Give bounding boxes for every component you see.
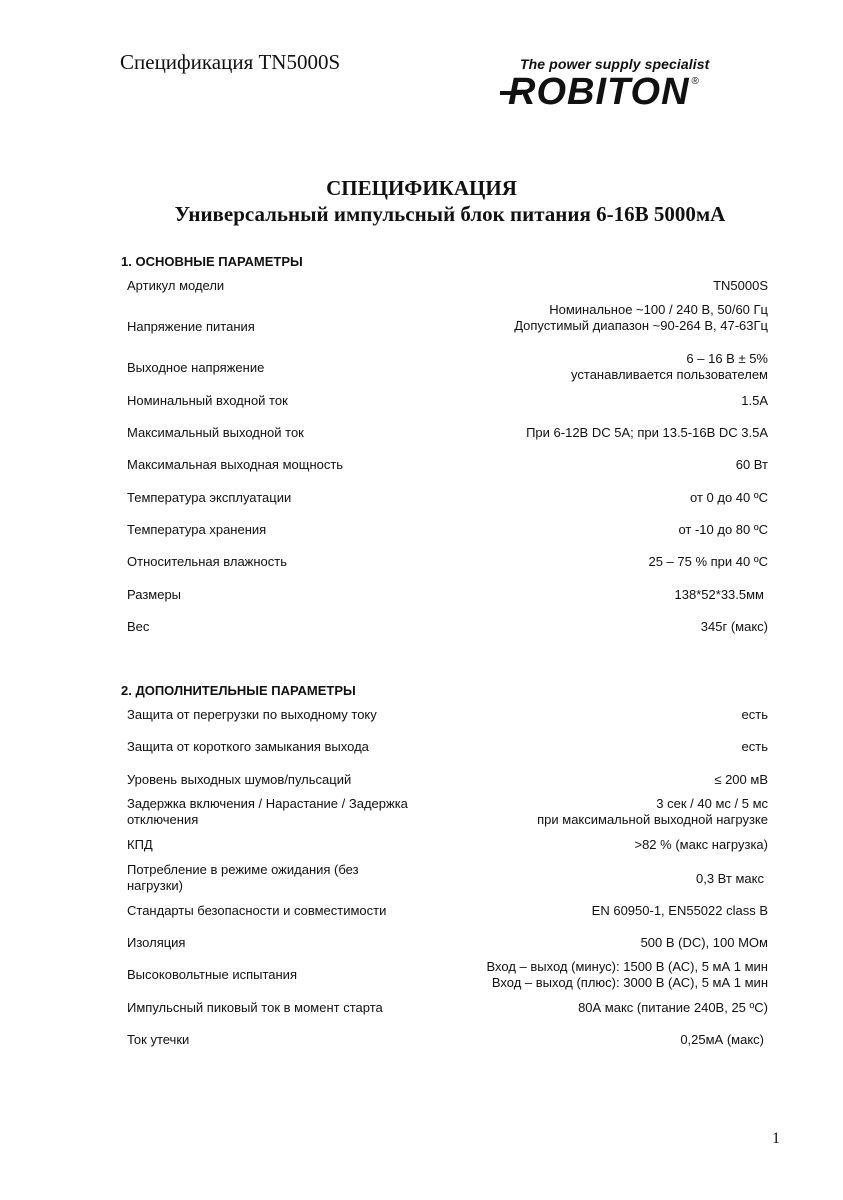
spec-label: Вес [127,619,457,635]
spec-value: Вход – выход (минус): 1500 В (АС), 5 мА … [487,959,768,991]
spec-value-line: 60 Вт [736,457,768,473]
spec-value: ≤ 200 мВ [714,772,768,788]
brand-name: ROBITON [500,72,690,112]
spec-value-line: Вход – выход (плюс): 3000 В (АС), 5 мА 1… [487,975,768,991]
spec-value: 80А макс (питание 240В, 25 ºС) [578,1000,768,1016]
document-page: Спецификация TN5000S The power supply sp… [0,0,843,1200]
spec-value: 60 Вт [736,457,768,473]
page-number: 1 [772,1130,780,1148]
spec-value-line: есть [742,739,768,755]
registered-mark-icon: ® [692,76,699,87]
spec-value: 1.5А [741,393,768,409]
spec-label: Импульсный пиковый ток в момент старта [127,1000,527,1016]
spec-value-line: 80А макс (питание 240В, 25 ºС) [578,1000,768,1016]
spec-value: есть [742,707,768,723]
spec-label: Ток утечки [127,1032,457,1048]
spec-value: EN 60950-1, EN55022 class B [592,903,768,919]
spec-value: 3 сек / 40 мс / 5 мс при максимальной вы… [537,796,768,828]
spec-value-line: 0,25мА (макс) [680,1032,764,1048]
spec-label: Температура хранения [127,522,457,538]
spec-label: Максимальная выходная мощность [127,457,457,473]
spec-label: Защита от перегрузки по выходному току [127,707,527,723]
spec-value-line: 345г (макс) [701,619,768,635]
spec-label: Номинальный входной ток [127,393,457,409]
spec-value: от 0 до 40 ºС [690,490,768,506]
spec-value: 345г (макс) [701,619,768,635]
spec-value-line: 500 В (DC), 100 МОм [641,935,768,951]
spec-value-line: При 6-12В DC 5А; при 13.5-16В DC 3.5А [526,425,768,441]
spec-value-line: Вход – выход (минус): 1500 В (АС), 5 мА … [487,959,768,975]
spec-label: Изоляция [127,935,457,951]
section-heading-basic: 1. ОСНОВНЫЕ ПАРАМЕТРЫ [121,254,303,269]
spec-label: Относительная влажность [127,554,457,570]
spec-value-line: EN 60950-1, EN55022 class B [592,903,768,919]
spec-value: 0,25мА (макс) [680,1032,764,1048]
spec-value: При 6-12В DC 5А; при 13.5-16В DC 3.5А [526,425,768,441]
spec-value: от -10 до 80 ºС [678,522,768,538]
spec-label: Задержка включения / Нарастание / Задерж… [127,796,447,828]
spec-value: 500 В (DC), 100 МОм [641,935,768,951]
spec-value: 25 – 75 % при 40 ºС [648,554,768,570]
spec-value-line: 138*52*33.5мм [675,587,764,603]
spec-label: Стандарты безопасности и совместимости [127,903,527,919]
spec-value-line: от -10 до 80 ºС [678,522,768,538]
spec-label: Потребление в режиме ожидания (без нагру… [127,862,397,894]
spec-label: Выходное напряжение [127,360,457,376]
spec-value-line: 25 – 75 % при 40 ºС [648,554,768,570]
spec-value: 138*52*33.5мм [675,587,764,603]
spec-value: 0,3 Вт макс [696,871,764,887]
section-heading-additional: 2. ДОПОЛНИТЕЛЬНЫЕ ПАРАМЕТРЫ [121,683,356,698]
document-header-title: Спецификация TN5000S [120,50,340,75]
spec-value-line: TN5000S [713,278,768,294]
spec-value-line: при максимальной выходной нагрузке [537,812,768,828]
spec-value-line: 3 сек / 40 мс / 5 мс [537,796,768,812]
spec-label: Температура эксплуатации [127,490,457,506]
spec-value-line: от 0 до 40 ºС [690,490,768,506]
spec-label: Высоковольтные испытания [127,967,457,983]
spec-label: Защита от короткого замыкания выхода [127,739,527,755]
spec-label: Артикул модели [127,278,457,294]
spec-value: Номинальное ~100 / 240 В, 50/60 Гц Допус… [514,302,768,334]
spec-value: есть [742,739,768,755]
spec-value: >82 % (макс нагрузка) [634,837,768,853]
spec-value-line: 6 – 16 В ± 5% [571,351,768,367]
spec-value: TN5000S [713,278,768,294]
robiton-logo: ROBITON ® [500,72,790,112]
spec-label: КПД [127,837,457,853]
spec-value-line: ≤ 200 мВ [714,772,768,788]
brand-tagline: The power supply specialist [520,56,790,72]
spec-label: Максимальный выходной ток [127,425,457,441]
spec-value-line: Номинальное ~100 / 240 В, 50/60 Гц [514,302,768,318]
spec-label: Уровень выходных шумов/пульсаций [127,772,527,788]
page-title: СПЕЦИФИКАЦИЯ [0,176,843,201]
spec-label: Напряжение питания [127,319,457,335]
spec-value-line: устанавливается пользователем [571,367,768,383]
spec-value-line: 0,3 Вт макс [696,871,764,887]
page-subtitle: Универсальный импульсный блок питания 6-… [0,202,843,227]
spec-value-line: есть [742,707,768,723]
spec-value-line: 1.5А [741,393,768,409]
brand-block: The power supply specialist ROBITON ® [500,56,790,112]
spec-value-line: Допустимый диапазон ~90-264 В, 47-63Гц [514,318,768,334]
spec-value-line: >82 % (макс нагрузка) [634,837,768,853]
spec-label: Размеры [127,587,457,603]
spec-value: 6 – 16 В ± 5% устанавливается пользовате… [571,351,768,383]
